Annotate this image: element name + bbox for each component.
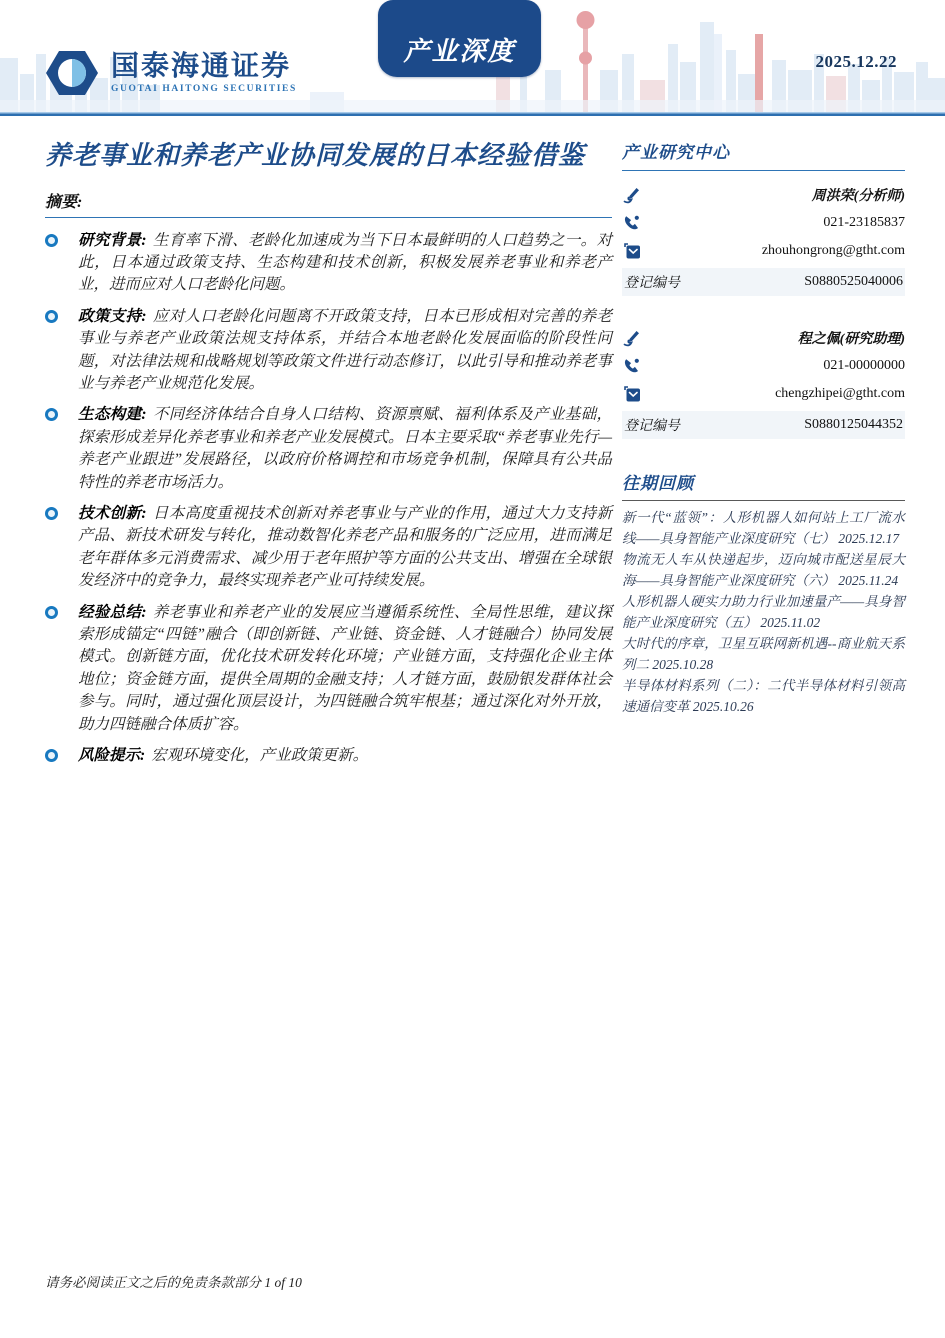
research-center-heading: 产业研究中心: [622, 138, 905, 171]
bullet-text: 生态构建:不同经济体结合自身人口结构、资源禀赋、福利体系及产业基础，探索形成差异…: [78, 404, 612, 494]
bullet-text: 研究背景:生育率下滑、老龄化加速成为当下日本最鲜明的人口趋势之一。对此，日本通过…: [78, 230, 612, 297]
phone-icon: [622, 356, 642, 376]
report-type-badge: 产业深度: [378, 0, 541, 77]
bullet-marker-icon: [45, 606, 58, 619]
history-list: 新一代“蓝领”：人形机器人如何站上工厂流水线——具身智能产业深度研究（七） 20…: [622, 507, 905, 717]
pen-icon: [622, 328, 642, 348]
summary-bullet: 经验总结:养老事业和养老产业的发展应当遵循系统性、全局性思维，建议探索形成锚定“…: [45, 602, 612, 736]
history-item[interactable]: 物流无人车从快递起步，迈向城市配送星辰大海——具身智能产业深度研究（六） 202…: [622, 549, 905, 591]
registration-label: 登记编号: [624, 272, 680, 292]
bullet-marker-icon: [45, 408, 58, 421]
bullet-marker-icon: [45, 234, 58, 247]
bullet-lead: 生态构建:: [78, 406, 147, 423]
bullet-text: 经验总结:养老事业和养老产业的发展应当遵循系统性、全局性思维，建议探索形成锚定“…: [78, 602, 612, 736]
email-icon: [622, 241, 642, 261]
bullet-marker-icon: [45, 749, 58, 762]
sidebar: 产业研究中心 周洪荣(分析师): [622, 116, 905, 776]
content-area: 养老事业和养老产业协同发展的日本经验借鉴 摘要: 研究背景:生育率下滑、老龄化加…: [0, 116, 945, 776]
disclaimer-text: 请务必阅读正文之后的免责条款部分 1 of 10: [45, 1275, 302, 1290]
summary-bullet: 研究背景:生育率下滑、老龄化加速成为当下日本最鲜明的人口趋势之一。对此，日本通过…: [45, 230, 612, 297]
phone-icon: [622, 213, 642, 233]
page-footer: 请务必阅读正文之后的免责条款部分 1 of 10: [45, 1271, 302, 1292]
analyst-name: 程之佩(研究助理): [798, 328, 905, 348]
report-type-label: 产业深度: [403, 31, 515, 77]
registration-row: 登记编号 S0880125044352: [622, 411, 905, 439]
analyst-email[interactable]: zhouhongrong@gtht.com: [762, 243, 905, 259]
history-item[interactable]: 人形机器人硬实力助力行业加速量产——具身智能产业深度研究（五） 2025.11.…: [622, 591, 905, 633]
abstract-divider: [45, 217, 612, 218]
bullet-marker-icon: [45, 310, 58, 323]
analyst-name: 周洪荣(分析师): [812, 185, 905, 205]
bullet-lead: 风险提示:: [78, 747, 145, 764]
bullet-lead: 技术创新:: [78, 505, 147, 522]
abstract-label: 摘要:: [45, 189, 612, 212]
company-name-cn: 国泰海通证券: [111, 52, 297, 81]
analyst-email[interactable]: chengzhipei@gtht.com: [775, 386, 905, 402]
history-item[interactable]: 半导体材料系列（二）：二代半导体材料引领高速通信变革 2025.10.26: [622, 675, 905, 717]
summary-bullet: 技术创新:日本高度重视技术创新对养老事业与产业的作用，通过大力支持新产品、新技术…: [45, 503, 612, 593]
analyst-list: 周洪荣(分析师) 021-23185837: [622, 181, 905, 439]
history-heading: 往期回顾: [622, 469, 905, 501]
bullet-text: 技术创新:日本高度重视技术创新对养老事业与产业的作用，通过大力支持新产品、新技术…: [78, 503, 612, 593]
analyst-phone: 021-00000000: [823, 358, 905, 374]
summary-bullet: 政策支持:应对人口老龄化问题离不开政策支持，日本已形成相对完善的养老事业与养老产…: [45, 306, 612, 396]
bullet-lead: 经验总结:: [78, 604, 147, 621]
history-item[interactable]: 新一代“蓝领”：人形机器人如何站上工厂流水线——具身智能产业深度研究（七） 20…: [622, 507, 905, 549]
summary-bullet-list: 研究背景:生育率下滑、老龄化加速成为当下日本最鲜明的人口趋势之一。对此，日本通过…: [45, 230, 612, 768]
page-title: 养老事业和养老产业协同发展的日本经验借鉴: [45, 140, 612, 173]
report-date: 2025.12.22: [816, 52, 898, 72]
bullet-text: 风险提示:宏观环境变化，产业政策更新。: [78, 745, 368, 767]
analyst-card: 程之佩(研究助理) 021-00000000: [622, 324, 905, 439]
email-icon: [622, 384, 642, 404]
summary-bullet: 生态构建:不同经济体结合自身人口结构、资源禀赋、福利体系及产业基础，探索形成差异…: [45, 404, 612, 494]
company-logo: 国泰海通证券 GUOTAI HAITONG SECURITIES: [45, 46, 297, 100]
analyst-card: 周洪荣(分析师) 021-23185837: [622, 181, 905, 296]
bullet-text: 政策支持:应对人口老龄化问题离不开政策支持，日本已形成相对完善的养老事业与养老产…: [78, 306, 612, 396]
company-name-en: GUOTAI HAITONG SECURITIES: [111, 84, 297, 94]
bullet-lead: 政策支持:: [78, 308, 147, 325]
analyst-phone: 021-23185837: [823, 215, 905, 231]
report-summary: 养老事业和养老产业协同发展的日本经验借鉴 摘要: 研究背景:生育率下滑、老龄化加…: [45, 116, 612, 776]
report-page: 国泰海通证券 GUOTAI HAITONG SECURITIES 产业深度 20…: [0, 0, 945, 1338]
summary-bullet: 风险提示:宏观环境变化，产业政策更新。: [45, 745, 612, 767]
registration-label: 登记编号: [624, 415, 680, 435]
bullet-marker-icon: [45, 507, 58, 520]
bullet-lead: 研究背景:: [78, 232, 147, 249]
registration-number: S0880525040006: [804, 274, 903, 290]
registration-number: S0880125044352: [804, 417, 903, 433]
company-logo-icon: [45, 46, 99, 100]
registration-row: 登记编号 S0880525040006: [622, 268, 905, 296]
report-header: 国泰海通证券 GUOTAI HAITONG SECURITIES 产业深度 20…: [0, 0, 945, 112]
history-item[interactable]: 大时代的序章，卫星互联网新机遇--商业航天系列二 2025.10.28: [622, 633, 905, 675]
pen-icon: [622, 185, 642, 205]
